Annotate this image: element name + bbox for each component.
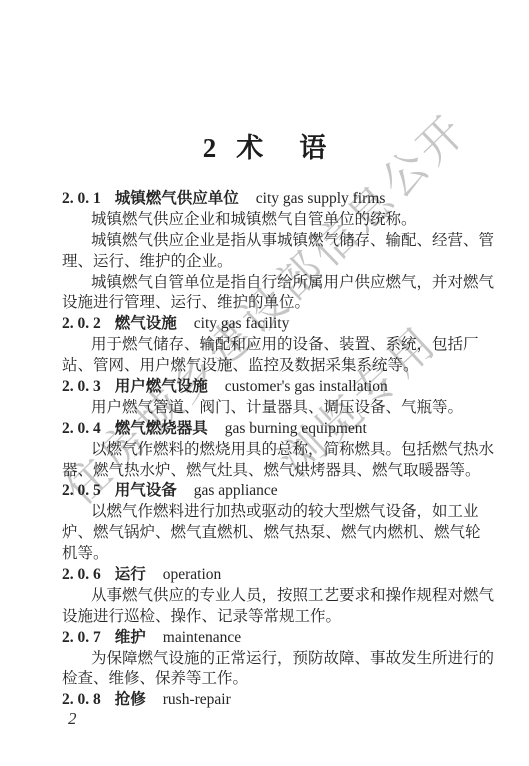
body-text-line: 用于燃气储存、输配和应用的设备、装置、系统，包括厂 — [62, 335, 522, 356]
body-text-line: 理、运行、维护的企业。 — [62, 252, 522, 273]
term-chinese: 城镇燃气供应单位 — [115, 190, 239, 207]
page-number: 2 — [68, 709, 77, 729]
term-number: 2. 0. 2 — [62, 315, 101, 332]
body-text-line: 设施进行管理、运行、维护的单位。 — [62, 293, 522, 314]
term-number: 2. 0. 6 — [62, 566, 101, 583]
document-page: 住房城乡建设部信息公开 浏览专用 2 术 语 2. 0. 1城镇燃气供应单位ci… — [0, 0, 529, 766]
term-heading-line: 2. 0. 5用气设备gas appliance — [62, 481, 522, 502]
term-heading-line: 2. 0. 3用户燃气设施customer's gas installation — [62, 377, 522, 398]
term-english: gas appliance — [194, 482, 278, 499]
chapter-number: 2 — [203, 133, 217, 164]
term-number: 2. 0. 5 — [62, 482, 101, 499]
body-text-line: 从事燃气供应的专业人员，按照工艺要求和操作规程对燃气 — [62, 586, 522, 607]
body-text-line: 机等。 — [62, 544, 522, 565]
body-text-line: 为保障燃气设施的正常运行，预防故障、事故发生所进行的 — [62, 649, 522, 670]
body-text-line: 以燃气作燃料的燃烧用具的总称，简称燃具。包括燃气热水 — [62, 440, 522, 461]
body-text-line: 设施进行巡检、操作、记录等常规工作。 — [62, 607, 522, 628]
body-text-line: 检查、维修、保养等工作。 — [62, 669, 522, 690]
term-number: 2. 0. 3 — [62, 378, 101, 395]
term-english: maintenance — [163, 629, 241, 646]
term-chinese: 运行 — [115, 566, 146, 583]
body-lines: 2. 0. 1城镇燃气供应单位city gas supply firms城镇燃气… — [62, 189, 522, 711]
chapter-title-word-1: 术 — [236, 126, 263, 165]
term-heading-line: 2. 0. 2燃气设施city gas facility — [62, 314, 522, 335]
body-text-line: 城镇燃气供应企业是指从事城镇燃气储存、输配、经营、管 — [62, 231, 522, 252]
term-chinese: 用气设备 — [115, 482, 177, 499]
term-number: 2. 0. 7 — [62, 629, 101, 646]
body-text-line: 城镇燃气供应企业和城镇燃气自管单位的统称。 — [62, 210, 522, 231]
term-english: operation — [163, 566, 222, 583]
term-chinese: 用户燃气设施 — [115, 378, 208, 395]
term-english: customer's gas installation — [225, 378, 388, 395]
term-english: gas burning equipment — [225, 420, 367, 437]
term-english: rush-repair — [163, 691, 231, 708]
term-number: 2. 0. 1 — [62, 190, 101, 207]
term-chinese: 维护 — [115, 629, 146, 646]
term-chinese: 燃气燃烧器具 — [115, 420, 208, 437]
term-heading-line: 2. 0. 7维护maintenance — [62, 628, 522, 649]
chapter-title: 2 术 语 — [0, 126, 529, 165]
body-text-line: 城镇燃气自管单位是指自行给所属用户供应燃气，并对燃气 — [62, 273, 522, 294]
term-english: city gas facility — [194, 315, 290, 332]
body-text-line: 站、管网、用户燃气设施、监控及数据采集系统等。 — [62, 356, 522, 377]
chapter-title-word-2: 语 — [299, 126, 326, 165]
term-heading-line: 2. 0. 1城镇燃气供应单位city gas supply firms — [62, 189, 522, 210]
term-heading-line: 2. 0. 8抢修rush-repair — [62, 690, 522, 711]
term-heading-line: 2. 0. 6运行operation — [62, 565, 522, 586]
term-number: 2. 0. 8 — [62, 691, 101, 708]
term-chinese: 燃气设施 — [115, 315, 177, 332]
term-number: 2. 0. 4 — [62, 420, 101, 437]
term-chinese: 抢修 — [115, 691, 146, 708]
body-text-line: 器、燃气热水炉、燃气灶具、燃气烘烤器具、燃气取暖器等。 — [62, 461, 522, 482]
body-text-line: 用户燃气管道、阀门、计量器具、调压设备、气瓶等。 — [62, 398, 522, 419]
body-text-line: 以燃气作燃料进行加热或驱动的较大型燃气设备，如工业 — [62, 502, 522, 523]
body-text-line: 炉、燃气锅炉、燃气直燃机、燃气热泵、燃气内燃机、燃气轮 — [62, 523, 522, 544]
term-english: city gas supply firms — [256, 190, 386, 207]
term-heading-line: 2. 0. 4燃气燃烧器具gas burning equipment — [62, 419, 522, 440]
